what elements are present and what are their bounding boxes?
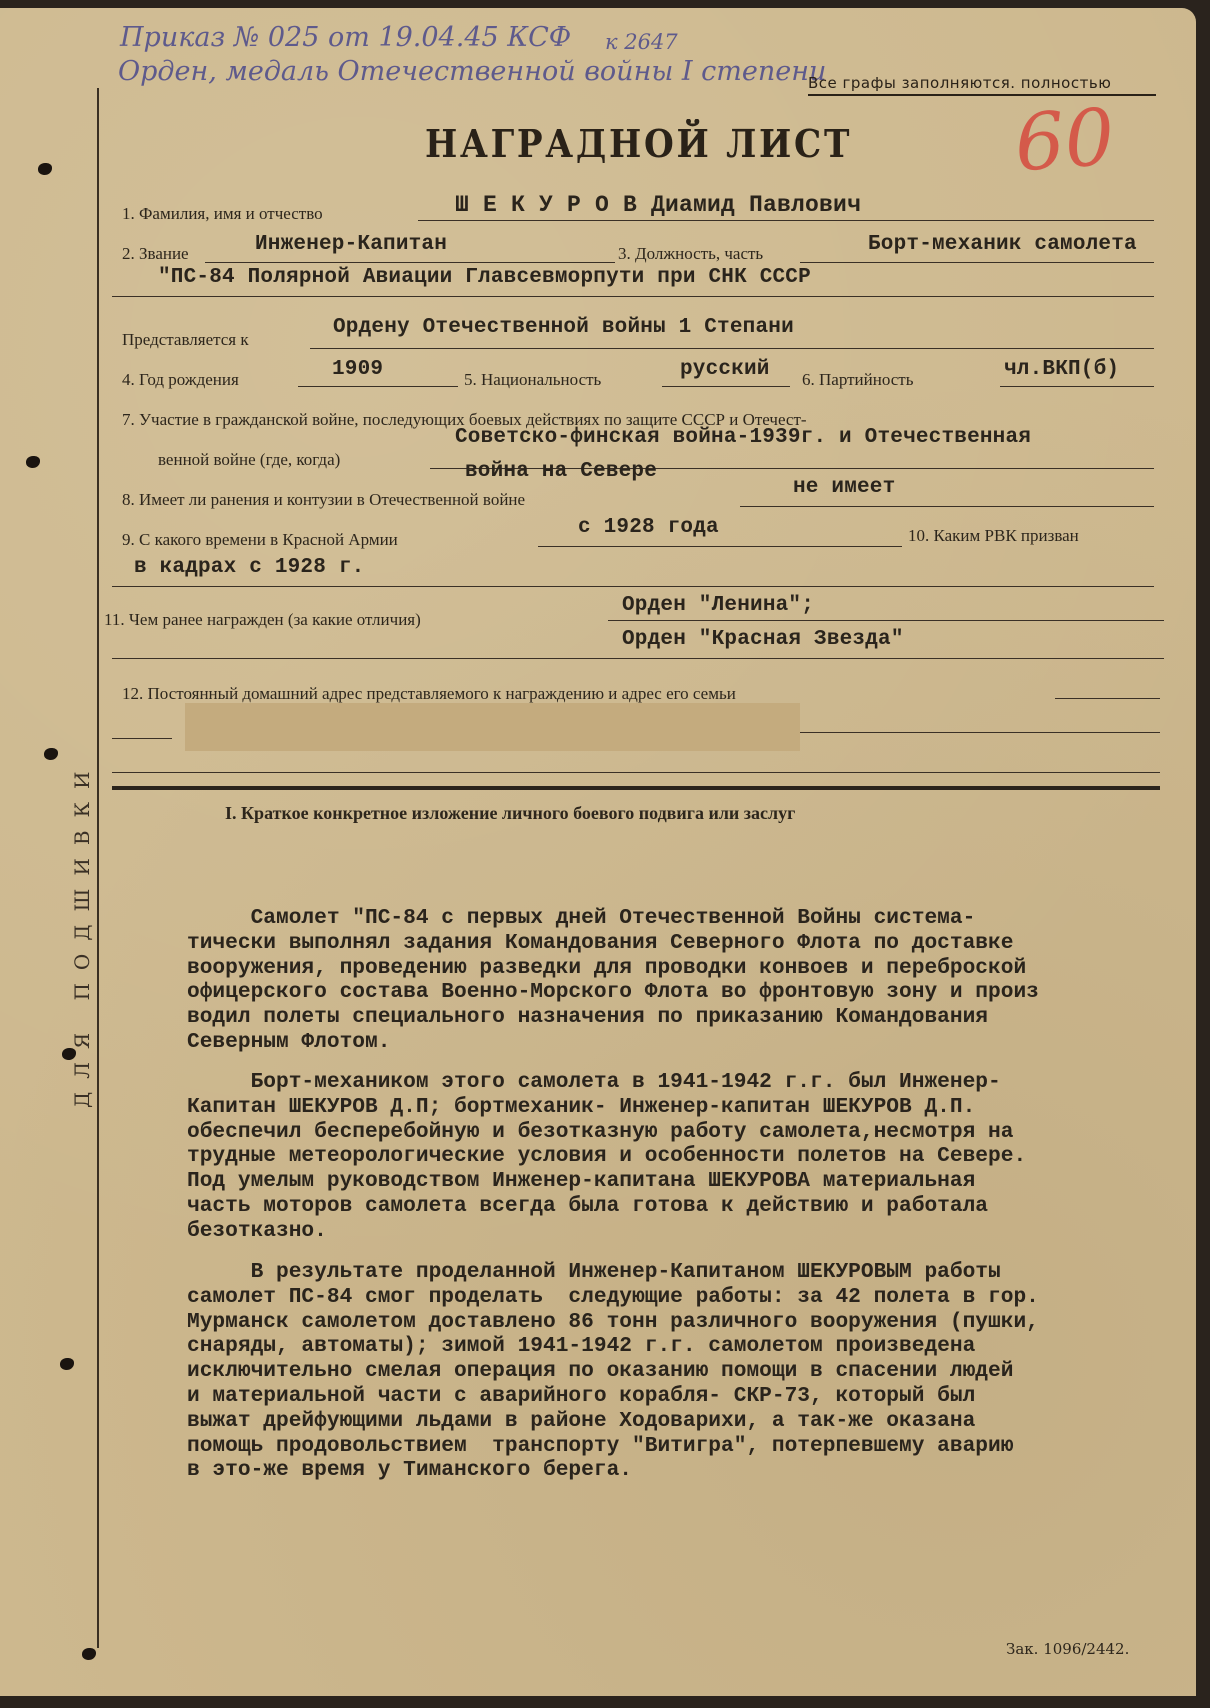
document-title: НАГРАДНОЙ ЛИСТ	[425, 121, 852, 166]
presented-value: Ордену Отечественной войны 1 Степани	[333, 316, 794, 339]
field-12-label: 12. Постоянный домашний адрес представля…	[122, 684, 736, 704]
field-10-line	[112, 586, 1154, 587]
award-sheet: Приказ № 025 от 19.04.45 КСФ Орден, меда…	[0, 8, 1196, 1696]
presented-line	[310, 348, 1154, 349]
field-7-value-2: война на Севере	[465, 460, 657, 483]
field-3-line	[800, 262, 1154, 263]
field-6-value: чл.ВКП(б)	[1004, 358, 1119, 381]
merit-paragraph-2: Борт-механиком этого самолета в 1941-194…	[187, 1070, 1207, 1244]
merit-paragraph-1: Самолет "ПС-84 с первых дней Отечественн…	[187, 906, 1207, 1055]
field-1-label: 1. Фамилия, имя и отчество	[122, 204, 323, 224]
handwritten-order-note: Приказ № 025 от 19.04.45 КСФ	[120, 22, 571, 53]
field-7-label-2: венной войне (где, когда)	[158, 450, 340, 470]
field-2-line	[205, 262, 615, 263]
field-10-label: 10. Каким РВК призван	[908, 526, 1079, 546]
field-11-value-2: Орден "Красная Звезда"	[622, 628, 904, 651]
field-12-line-3	[112, 738, 172, 739]
field-11-label: 11. Чем ранее награжден (за какие отличи…	[104, 610, 421, 630]
handwritten-overwrite: к 2647	[605, 30, 678, 54]
field-5-value: русский	[680, 358, 770, 381]
field-8-line	[740, 506, 1154, 507]
field-12-line-1	[1055, 698, 1160, 699]
merit-paragraph-3: В результате проделанной Инженер-Капитан…	[187, 1260, 1207, 1483]
field-11-line-1	[608, 620, 1164, 621]
handwritten-award-note: Орден, медаль Отечественной войны I степ…	[118, 56, 826, 87]
field-9-value: с 1928 года	[578, 516, 719, 539]
field-6-label: 6. Партийность	[802, 370, 913, 390]
field-12-line-2	[800, 732, 1160, 733]
field-4-value: 1909	[332, 358, 383, 381]
punch-hole	[26, 456, 40, 468]
handwritten-award-text: Орден, медаль Отечественной войны I степ…	[118, 56, 826, 87]
field-1-line	[418, 220, 1154, 221]
punch-hole	[38, 163, 52, 175]
punch-hole	[44, 748, 58, 760]
fill-all-fields-note: Все графы заполняются. полностью	[808, 74, 1156, 96]
field-2-label: 2. Звание	[122, 244, 189, 264]
field-9-line	[538, 546, 902, 547]
presented-label: Представляется к	[122, 330, 249, 350]
field-3-value: Борт-механик самолета	[868, 233, 1137, 256]
field-3-line-cont	[112, 296, 1154, 297]
field-11-value-1: Орден "Ленина";	[622, 594, 814, 617]
field-8-value: не имеет	[793, 476, 895, 499]
field-4-line	[298, 386, 458, 387]
field-7-value-1: Советско-финская война-1939г. и Отечеств…	[455, 426, 1031, 449]
section-heading: I. Краткое конкретное изложение личного …	[225, 803, 795, 824]
field-10-value: в кадрах с 1928 г.	[134, 556, 364, 579]
margin-rule	[97, 88, 99, 1648]
field-5-line	[662, 386, 790, 387]
page-number-red: 60	[1012, 93, 1117, 190]
field-2-value: Инженер-Капитан	[255, 233, 447, 256]
field-3-label: 3. Должность, часть	[618, 244, 763, 264]
field-11-line-2	[112, 658, 1164, 659]
print-order-number: Зак. 1096/2442.	[1006, 1640, 1129, 1658]
field-8-label: 8. Имеет ли ранения и контузии в Отечест…	[122, 490, 525, 510]
field-5-label: 5. Национальность	[464, 370, 601, 390]
field-1-value: Ш Е К У Р О В Диамид Павлович	[455, 192, 861, 218]
field-3-value-cont: "ПС-84 Полярной Авиации Главсевморпути п…	[158, 266, 811, 289]
punch-hole	[60, 1358, 74, 1370]
section-divider	[112, 786, 1160, 790]
field-9-label: 9. С какого времени в Красной Армии	[122, 530, 398, 550]
field-4-label: 4. Год рождения	[122, 370, 239, 390]
field-12-line-4	[112, 772, 1160, 773]
field-6-line	[1000, 386, 1154, 387]
redacted-address	[185, 703, 800, 751]
punch-hole	[82, 1648, 96, 1660]
